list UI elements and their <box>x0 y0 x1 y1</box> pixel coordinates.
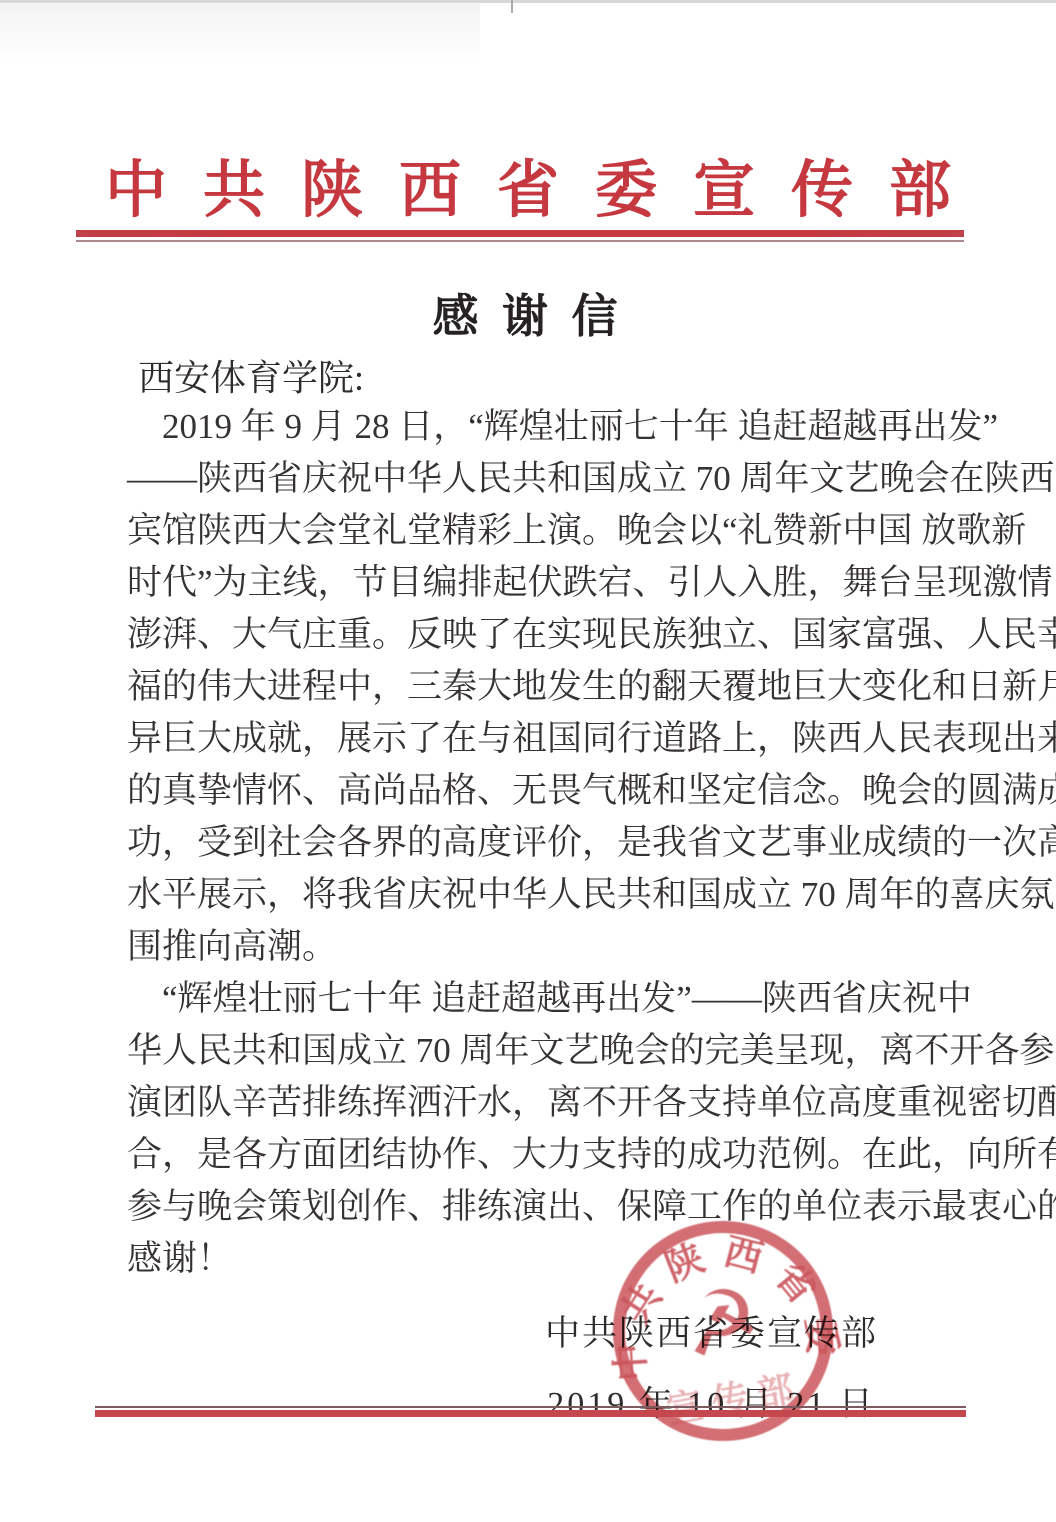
body-line: “辉煌壮丽七十年 追赶超越再出发”——陕西省庆祝中 <box>127 973 923 1025</box>
header-rule-thick <box>76 230 964 237</box>
body-line: 围推向高潮。 <box>127 921 923 973</box>
salutation: 西安体育学院: <box>138 350 364 401</box>
letterhead-org-title: 中共陕西省委宣传部 <box>18 140 1056 229</box>
body-line: 的真挚情怀、高尚品格、无畏气概和坚定信念。晚会的圆满成 <box>127 765 923 817</box>
body-line: ——陕西省庆祝中华人民共和国成立 70 周年文艺晚会在陕西 <box>127 453 923 505</box>
header-rule-thin <box>76 240 964 242</box>
body-line: 时代”为主线，节目编排起伏跌宕、引人入胜，舞台呈现激情 <box>127 557 923 609</box>
letter-page: 中共陕西省委宣传部 感 谢 信 西安体育学院: 2019 年 9 月 28 日，… <box>0 0 1056 1522</box>
hammer-sickle-icon: ☭ <box>675 1267 768 1379</box>
body-line: 合，是各方面团结协作、大力支持的成功范例。在此，向所有 <box>127 1129 923 1181</box>
official-seal: 中共陕西省委 ☭ 宣传部 <box>576 1184 870 1478</box>
body-line: 异巨大成就，展示了在与祖国同行道路上，陕西人民表现出来 <box>127 713 923 765</box>
body-line: 华人民共和国成立 70 周年文艺晚会的完美呈现，离不开各参 <box>127 1025 923 1077</box>
body-line: 宾馆陕西大会堂礼堂精彩上演。晚会以“礼赞新中国 放歌新 <box>127 505 923 557</box>
body-line: 演团队辛苦排练挥洒汗水，离不开各支持单位高度重视密切配 <box>127 1077 923 1129</box>
footer-rule-thick <box>95 1410 966 1417</box>
scan-artifact-smudge <box>0 3 480 63</box>
body-line: 澎湃、大气庄重。反映了在实现民族独立、国家富强、人民幸 <box>127 609 923 661</box>
scan-artifact-tick <box>511 0 513 13</box>
paragraph: 2019 年 9 月 28 日，“辉煌壮丽七十年 追赶超越再出发”——陕西省庆祝… <box>127 401 923 973</box>
body-line: 功，受到社会各界的高度评价，是我省文艺事业成绩的一次高 <box>127 817 923 869</box>
letter-title: 感 谢 信 <box>0 280 1056 346</box>
body-line: 水平展示，将我省庆祝中华人民共和国成立 70 周年的喜庆氛 <box>127 869 923 921</box>
body-line: 福的伟大进程中，三秦大地发生的翻天覆地巨大变化和日新月 <box>127 661 923 713</box>
letter-body: 2019 年 9 月 28 日，“辉煌壮丽七十年 追赶超越再出发”——陕西省庆祝… <box>127 401 923 1285</box>
body-line: 2019 年 9 月 28 日，“辉煌壮丽七十年 追赶超越再出发” <box>127 401 923 453</box>
footer-rule-thin <box>95 1406 966 1408</box>
